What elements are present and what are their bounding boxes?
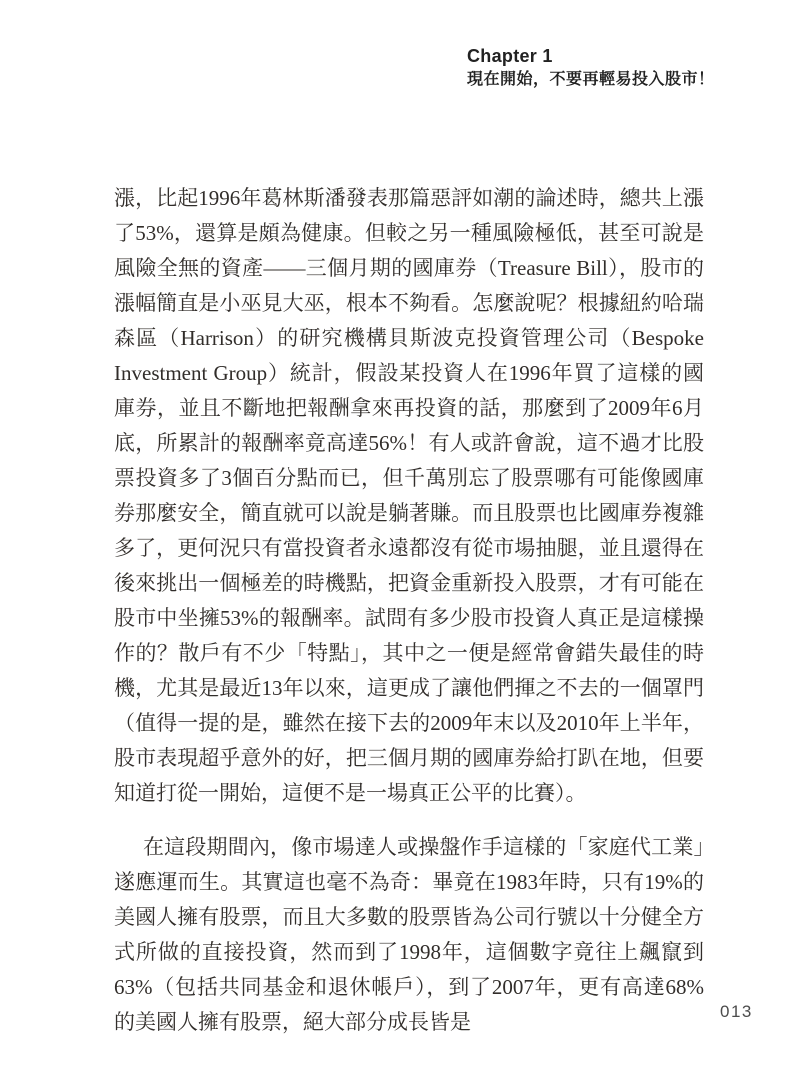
chapter-subtitle: 現在開始，不要再輕易投入股市！ (467, 70, 715, 90)
page-number: 013 (720, 1002, 753, 1022)
body-text: 漲，比起1996年葛林斯潘發表那篇惡評如潮的論述時，總共上漲了53%，還算是頗為… (114, 181, 704, 1040)
paragraph-1: 漲，比起1996年葛林斯潘發表那篇惡評如潮的論述時，總共上漲了53%，還算是頗為… (114, 181, 704, 811)
paragraph-2: 在這段期間內，像市場達人或操盤作手這樣的「家庭代工業」遂應運而生。其實這也毫不為… (114, 830, 704, 1040)
chapter-header: Chapter 1 現在開始，不要再輕易投入股市！ (467, 45, 715, 90)
book-page: Chapter 1 現在開始，不要再輕易投入股市！ 漲，比起1996年葛林斯潘發… (0, 0, 799, 1082)
chapter-label: Chapter 1 (467, 45, 715, 67)
